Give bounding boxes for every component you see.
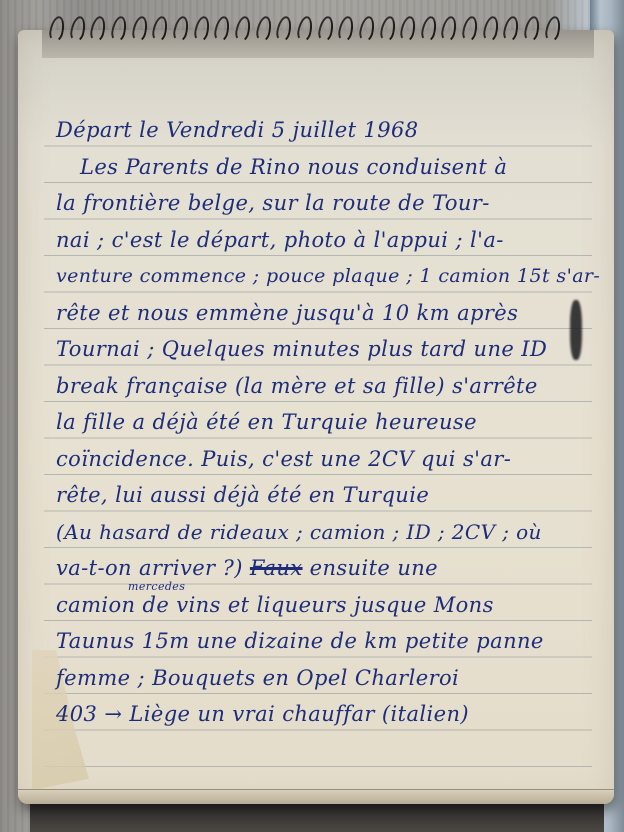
coil [151,15,170,43]
text-line: 403 → Liège un vrai chauffar (italien) [56,696,596,733]
coil [461,15,480,43]
coil [502,15,521,43]
line-text: va-t-on arriver ?) [56,556,243,580]
coil [543,15,562,43]
coil [213,15,232,43]
line-text: ensuite une [310,556,438,580]
coil [109,15,128,43]
coil [275,15,294,43]
coil [316,15,335,43]
text-line: (Au hasard de rideaux ; camion ; ID ; 2C… [56,514,596,551]
text-line: Taunus 15m une dizaine de km petite pann… [56,623,596,660]
inserted-word: mercedes [128,581,185,592]
coil [192,15,211,43]
coil [254,15,273,43]
coil [89,15,108,43]
coil [337,15,356,43]
coil [440,15,459,43]
coil [399,15,418,43]
coil [233,15,252,43]
coil [419,15,438,43]
spiral-binding [50,16,560,56]
handwritten-text: Départ le Vendredi 5 juillet 1968 Les Pa… [56,112,596,733]
text-line: nai ; c'est le départ, photo à l'appui ;… [56,222,596,259]
line-text: camion de vins et liqueurs jusque Mons [56,593,494,617]
struck-word: Faux [250,556,303,580]
text-line: coïncidence. Puis, c'est une 2CV qui s'a… [56,441,596,478]
text-line: rête et nous emmène jusqu'à 10 km après [56,295,596,332]
text-line: break française (la mère et sa fille) s'… [56,368,596,405]
notebook-page: Départ le Vendredi 5 juillet 1968 Les Pa… [18,30,614,804]
coil [357,15,376,43]
text-line: Les Parents de Rino nous conduisent à [56,149,596,186]
text-line: la fille a déjà été en Turquie heureuse [56,404,596,441]
coil [481,15,500,43]
text-line: venture commence ; pouce plaque ; 1 cami… [56,258,596,295]
text-line: rête, lui aussi déjà été en Turquie [56,477,596,514]
text-line: femme ; Bouquets en Opel Charleroi [56,660,596,697]
coil [130,15,149,43]
coil [68,15,87,43]
coil [378,15,397,43]
table-shadow [30,802,604,832]
text-line: mercedes camion de vins et liqueurs jusq… [56,587,596,624]
coil [523,15,542,43]
text-line: Tournai ; Quelques minutes plus tard une… [56,331,596,368]
coil [295,15,314,43]
page-stack-edge [18,789,614,804]
text-line: Départ le Vendredi 5 juillet 1968 [56,112,596,149]
coil [47,15,66,43]
coil [171,15,190,43]
text-line: la frontière belge, sur la route de Tour… [56,185,596,222]
